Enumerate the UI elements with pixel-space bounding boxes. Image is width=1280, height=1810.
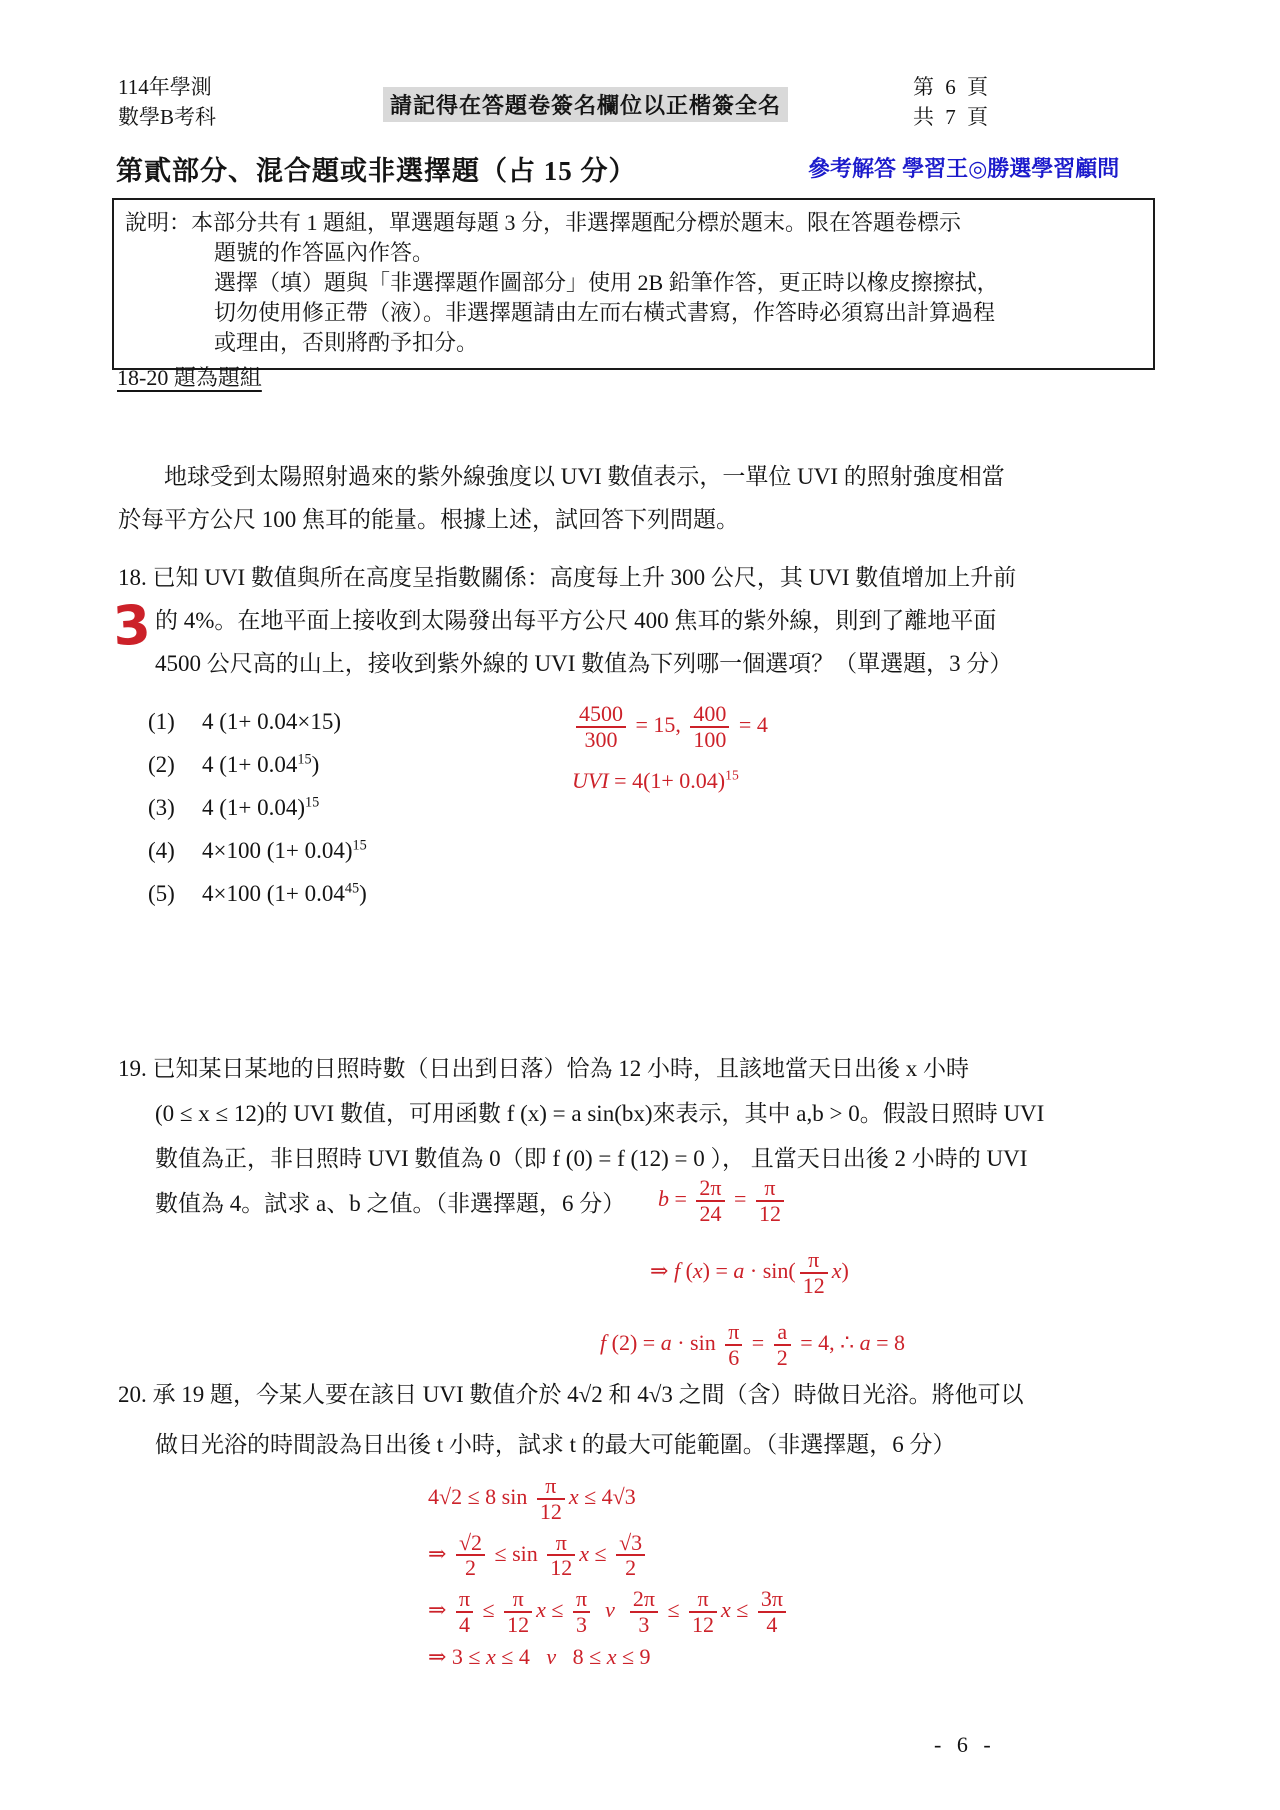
option-formula: 4 (1+ 0.04)15 <box>202 795 319 821</box>
exam-year: 114年學測 <box>118 72 216 102</box>
math-line: ⇒ π4 ≤ π12x ≤ π3 v 2π3 ≤ π12x ≤ 3π4 <box>428 1587 790 1637</box>
question-line: 20. 承 19 題，今某人要在該日 UVI 數值介於 4√2 和 4√3 之間… <box>118 1370 1160 1420</box>
option-label: (1) <box>148 709 202 735</box>
question-18: 18. 已知 UVI 數值與所在高度呈指數關係：高度每上升 300 公尺，其 U… <box>118 556 1160 685</box>
option-formula: 4 (1+ 0.0415) <box>202 752 319 778</box>
instructions-box: 說明：本部分共有 1 題組，單選題每題 3 分，非選擇題配分標於題末。限在答題卷… <box>112 198 1155 370</box>
option-row: (2) 4 (1+ 0.0415) <box>148 743 367 786</box>
instruction-line: 選擇（填）題與「非選擇題作圖部分」使用 2B 鉛筆作答，更正時以橡皮擦擦拭， <box>125 268 1143 298</box>
exam-subject: 數學B考科 <box>118 102 216 132</box>
option-label: (3) <box>148 795 202 821</box>
question-19: 19. 已知某日某地的日照時數（日出到日落）恰為 12 小時，且該地當天日出後 … <box>118 1046 1160 1226</box>
option-row: (4) 4×100 (1+ 0.04)15 <box>148 829 367 872</box>
solution-math-q20: 4√2 ≤ 8 sin π12x ≤ 4√3 ⇒ √22 ≤ sin π12x … <box>428 1474 790 1670</box>
option-label: (2) <box>148 752 202 778</box>
instructions-label: 說明： <box>125 210 191 235</box>
option-formula: 4×100 (1+ 0.0445) <box>202 881 367 907</box>
instruction-line: 或理由，否則將酌予扣分。 <box>125 328 1143 358</box>
option-formula: 4 (1+ 0.04×15) <box>202 709 341 735</box>
instruction-line: 切勿使用修正帶（液）。非選擇題請由左而右橫式書寫，作答時必須寫出計算過程 <box>125 298 1143 328</box>
intro-paragraph: 地球受到太陽照射過來的紫外線強度以 UVI 數值表示，一單位 UVI 的照射強度… <box>118 455 1160 541</box>
math-line: 4√2 ≤ 8 sin π12x ≤ 4√3 <box>428 1474 790 1524</box>
option-row: (1) 4 (1+ 0.04×15) <box>148 700 367 743</box>
question-line: 數值為 4。試求 a、b 之值。（非選擇題，6 分） <box>118 1181 1160 1226</box>
exam-page: 114年學測 數學B考科 請記得在答題卷簽名欄位以正楷簽全名 第 6 頁 共 7… <box>0 0 1280 1810</box>
question-20: 20. 承 19 題，今某人要在該日 UVI 數值介於 4√2 和 4√3 之間… <box>118 1370 1160 1470</box>
intro-line: 地球受到太陽照射過來的紫外線強度以 UVI 數值表示，一單位 UVI 的照射強度… <box>118 455 1160 498</box>
solution-math-q19-line2: ⇒ f (x) = a · sin(π12x) <box>650 1248 849 1298</box>
instruction-text: 本部分共有 1 題組，單選題每題 3 分，非選擇題配分標於題末。限在答題卷標示 <box>191 210 961 235</box>
option-row: (5) 4×100 (1+ 0.0445) <box>148 872 367 915</box>
intro-line: 於每平方公尺 100 焦耳的能量。根據上述，試回答下列問題。 <box>118 498 1160 541</box>
question-line: 19. 已知某日某地的日照時數（日出到日落）恰為 12 小時，且該地當天日出後 … <box>118 1046 1160 1091</box>
page-current: 第 6 頁 <box>913 72 991 102</box>
question-line: 數值為正，非日照時 UVI 數值為 0（即 f (0) = f (12) = 0… <box>118 1136 1160 1181</box>
option-label: (4) <box>148 838 202 864</box>
math-line: 4500300 = 15, 400100 = 4 <box>572 702 768 752</box>
option-formula: 4×100 (1+ 0.04)15 <box>202 838 367 864</box>
math-line: ⇒ 3 ≤ x ≤ 4 v 8 ≤ x ≤ 9 <box>428 1644 790 1670</box>
instruction-line: 說明：本部分共有 1 題組，單選題每題 3 分，非選擇題配分標於題末。限在答題卷… <box>125 208 1143 238</box>
exam-info: 114年學測 數學B考科 <box>118 72 216 132</box>
group-heading: 18-20 題為題組 <box>117 361 262 392</box>
question-line: (0 ≤ x ≤ 12)的 UVI 數值，可用函數 f (x) = a sin(… <box>118 1091 1160 1136</box>
signature-notice: 請記得在答題卷簽名欄位以正楷簽全名 <box>383 87 788 122</box>
solution-math-q18: 4500300 = 15, 400100 = 4 UVI = 4(1+ 0.04… <box>572 702 768 794</box>
option-row: (3) 4 (1+ 0.04)15 <box>148 786 367 829</box>
answer-mark-q18: 3 <box>111 593 152 658</box>
solution-math-q19-line1: b = 2π24 = π12 <box>658 1176 788 1226</box>
math-line: UVI = 4(1+ 0.04)15 <box>572 768 768 794</box>
question-line: 做日光浴的時間設為日出後 t 小時，試求 t 的最大可能範圍。（非選擇題，6 分… <box>118 1420 1160 1470</box>
solution-math-q19-line3: f (2) = a · sin π6 = a2 = 4, ∴ a = 8 <box>600 1320 905 1370</box>
math-line: ⇒ √22 ≤ sin π12x ≤ √32 <box>428 1531 790 1581</box>
question-line: 18. 已知 UVI 數值與所在高度呈指數關係：高度每上升 300 公尺，其 U… <box>118 556 1160 599</box>
option-label: (5) <box>148 881 202 907</box>
page-total: 共 7 頁 <box>913 102 991 132</box>
page-indicator: 第 6 頁 共 7 頁 <box>913 72 991 132</box>
options-list-q18: (1) 4 (1+ 0.04×15) (2) 4 (1+ 0.0415) (3)… <box>148 700 367 915</box>
question-line: 的 4%。在地平面上接收到太陽發出每平方公尺 400 焦耳的紫外線，則到了離地平… <box>118 599 1160 642</box>
section-title: 第貳部分、混合題或非選擇題（占 15 分） <box>116 149 637 188</box>
question-line: 4500 公尺高的山上，接收到紫外線的 UVI 數值為下列哪一個選項？（單選題，… <box>118 642 1160 685</box>
page-number: - 6 - <box>934 1732 996 1758</box>
instruction-line: 題號的作答區內作答。 <box>125 238 1143 268</box>
answer-watermark: 參考解答 學習王◎勝選學習顧問 <box>808 152 1119 183</box>
